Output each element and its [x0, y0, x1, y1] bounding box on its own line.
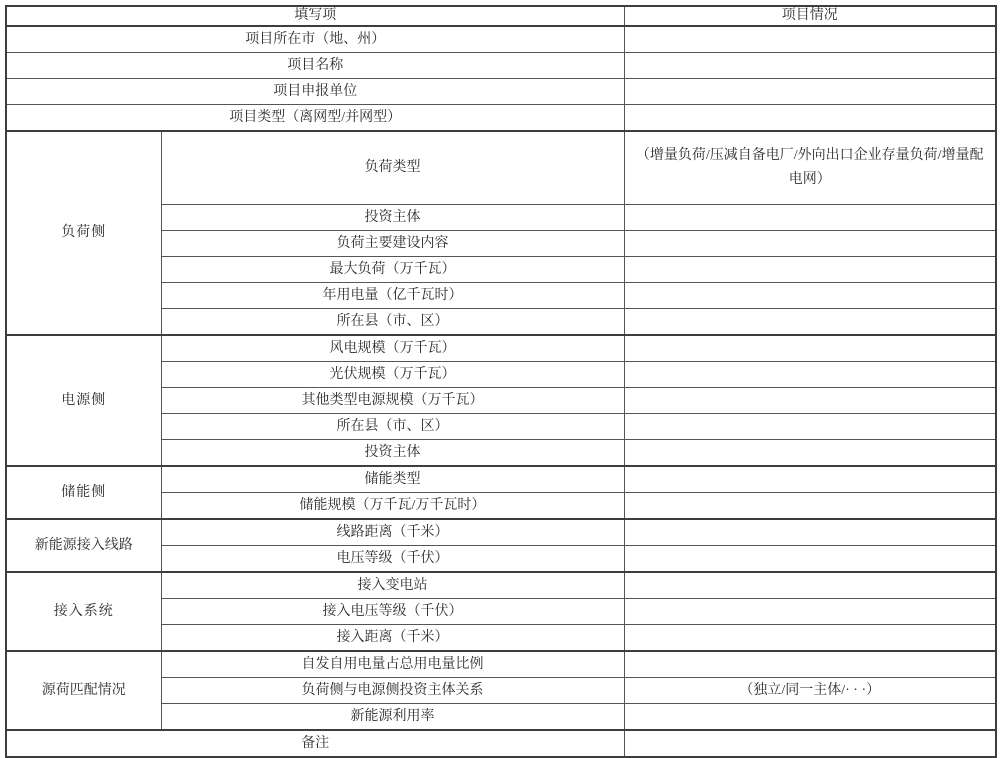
field-value-other-power-scale: [624, 388, 996, 414]
field-value-voltage-level: [624, 546, 996, 573]
field-label-other-power-scale: 其他类型电源规模（万千瓦）: [161, 388, 624, 414]
field-value-declaring-unit: [624, 79, 996, 105]
table-row: 储能侧 储能类型: [6, 466, 996, 493]
field-value-access-substation: [624, 572, 996, 599]
table-row: 项目名称: [6, 53, 996, 79]
field-label-power-county: 所在县（市、区）: [161, 414, 624, 440]
section-label-load-side: 负荷侧: [6, 131, 161, 335]
field-value-access-distance: [624, 625, 996, 652]
table-row: 接入系统 接入变电站: [6, 572, 996, 599]
field-value-storage-scale: [624, 493, 996, 520]
column-header-project-status: 项目情况: [624, 6, 996, 26]
field-label-project-type: 项目类型（离网型/并网型）: [6, 105, 624, 132]
table-row: 电源侧 风电规模（万千瓦）: [6, 335, 996, 362]
table-row: 源荷匹配情况 自发自用电量占总用电量比例: [6, 651, 996, 678]
field-value-project-name: [624, 53, 996, 79]
field-label-investor-relationship: 负荷侧与电源侧投资主体关系: [161, 678, 624, 704]
field-label-access-voltage: 接入电压等级（千伏）: [161, 599, 624, 625]
field-label-line-distance: 线路距离（千米）: [161, 519, 624, 546]
field-label-load-type: 负荷类型: [161, 131, 624, 205]
field-label-pv-scale: 光伏规模（万千瓦）: [161, 362, 624, 388]
field-label-project-city: 项目所在市（地、州）: [6, 26, 624, 53]
field-value-project-type: [624, 105, 996, 132]
field-label-storage-type: 储能类型: [161, 466, 624, 493]
field-label-power-investor: 投资主体: [161, 440, 624, 467]
field-value-annual-power-use: [624, 283, 996, 309]
field-value-storage-type: [624, 466, 996, 493]
field-value-line-distance: [624, 519, 996, 546]
section-label-source-load-match: 源荷匹配情况: [6, 651, 161, 730]
field-label-remarks: 备注: [6, 730, 624, 757]
field-label-storage-scale: 储能规模（万千瓦/万千瓦时）: [161, 493, 624, 520]
field-value-load-construction: [624, 231, 996, 257]
field-label-load-county: 所在县（市、区）: [161, 309, 624, 336]
field-label-access-distance: 接入距离（千米）: [161, 625, 624, 652]
table-header-row: 填写项 项目情况: [6, 6, 996, 26]
field-value-self-use-ratio: [624, 651, 996, 678]
table-row: 备注: [6, 730, 996, 757]
field-value-utilization-rate: [624, 704, 996, 731]
section-label-access-system: 接入系统: [6, 572, 161, 651]
field-label-utilization-rate: 新能源利用率: [161, 704, 624, 731]
field-label-wind-scale: 风电规模（万千瓦）: [161, 335, 624, 362]
field-value-investor-relationship: （独立/同一主体/· · ·）: [624, 678, 996, 704]
field-value-load-investor: [624, 205, 996, 231]
field-label-annual-power-use: 年用电量（亿千瓦时）: [161, 283, 624, 309]
section-label-power-side: 电源侧: [6, 335, 161, 466]
field-label-load-construction: 负荷主要建设内容: [161, 231, 624, 257]
field-value-project-city: [624, 26, 996, 53]
field-label-access-substation: 接入变电站: [161, 572, 624, 599]
field-value-load-type: （增量负荷/压减自备电厂/外向出口企业存量负荷/增量配电网）: [624, 131, 996, 205]
field-value-load-county: [624, 309, 996, 336]
field-label-voltage-level: 电压等级（千伏）: [161, 546, 624, 573]
field-value-pv-scale: [624, 362, 996, 388]
table-row: 项目申报单位: [6, 79, 996, 105]
field-value-remarks: [624, 730, 996, 757]
section-label-access-line: 新能源接入线路: [6, 519, 161, 572]
field-label-declaring-unit: 项目申报单位: [6, 79, 624, 105]
field-label-max-load: 最大负荷（万千瓦）: [161, 257, 624, 283]
field-label-load-investor: 投资主体: [161, 205, 624, 231]
table-row: 新能源接入线路 线路距离（千米）: [6, 519, 996, 546]
field-value-access-voltage: [624, 599, 996, 625]
field-value-power-investor: [624, 440, 996, 467]
table-row: 项目类型（离网型/并网型）: [6, 105, 996, 132]
table-row: 负荷侧 负荷类型 （增量负荷/压减自备电厂/外向出口企业存量负荷/增量配电网）: [6, 131, 996, 205]
field-value-wind-scale: [624, 335, 996, 362]
column-header-fill-item: 填写项: [6, 6, 624, 26]
field-value-max-load: [624, 257, 996, 283]
field-label-self-use-ratio: 自发自用电量占总用电量比例: [161, 651, 624, 678]
table-row: 项目所在市（地、州）: [6, 26, 996, 53]
field-label-project-name: 项目名称: [6, 53, 624, 79]
project-declaration-form-page: 填写项 项目情况 项目所在市（地、州） 项目名称 项目申报单位 项目类型（离网型…: [0, 0, 1000, 721]
project-info-table: 填写项 项目情况 项目所在市（地、州） 项目名称 项目申报单位 项目类型（离网型…: [5, 5, 997, 758]
field-value-power-county: [624, 414, 996, 440]
section-label-storage-side: 储能侧: [6, 466, 161, 519]
